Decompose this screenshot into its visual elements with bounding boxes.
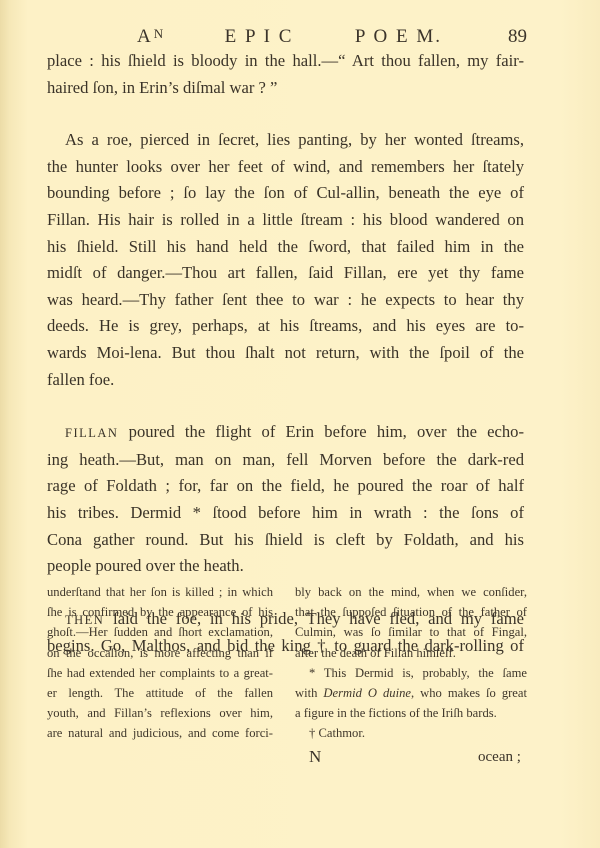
running-title-word-poem: P O E M. <box>355 26 442 48</box>
dagger-marker: † <box>309 726 315 740</box>
text-line: deeds. He is grey, perhaps, at his ſtrea… <box>47 313 524 340</box>
footnote-line: on the occaſion, is more affecting than … <box>47 643 273 663</box>
text-line: Cona gather round. But his ſhield is cle… <box>47 527 524 554</box>
footnote-line: er length. The attitude of the fallen <box>47 683 273 703</box>
text-line: haired ſon, in Erin’s diſmal war ? ” <box>47 75 524 102</box>
text-line: ing heath.—But, man on man, fell Morven … <box>47 447 524 474</box>
footnote-line: ſhe is confirmed by the appearance of hi… <box>47 602 273 622</box>
text-line: Fillan poured the flight of Erin before … <box>47 419 524 447</box>
text-line: place : his ſhield is bloody in the hall… <box>47 48 524 75</box>
signature-mark: N <box>309 747 321 767</box>
asterisk-marker: * <box>309 666 315 680</box>
main-text: place : his ſhield is bloody in the hall… <box>47 48 524 660</box>
text-line: midſt of danger.—Thou art fallen, ſaid F… <box>47 260 524 287</box>
text-line: wards Moi-lena. But thou ſhalt not retur… <box>47 340 524 367</box>
text-line: people poured over the heath. <box>47 553 524 580</box>
footnote-line: ghoſt.—Her ſudden and ſhort exclamation, <box>47 622 273 642</box>
text-line: Fillan. His hair is rolled in a little ſ… <box>47 207 524 234</box>
paragraph: As a roe, pierced in ſecret, lies pantin… <box>47 127 524 393</box>
footnote-line: a figure in the fictions of the Iriſh ba… <box>295 703 527 723</box>
footnote-line: Culmin, was ſo ſimilar to that of Fingal… <box>295 622 527 642</box>
paragraph: Fillan poured the flight of Erin before … <box>47 419 524 580</box>
text-line: rage of Foldath ; for, far on the field,… <box>47 473 524 500</box>
running-title: AN E P I C P O E M. <box>137 26 442 48</box>
footnotes: underſtand that her ſon is killed ; in w… <box>47 582 527 744</box>
footnote-line: bly back on the mind, when we conſider, <box>295 582 527 602</box>
text-line: his ſhield. Still his hand held the ſwor… <box>47 234 524 261</box>
text-line: bounding before ; ſo lay the ſon of Cul-… <box>47 180 524 207</box>
footnote-line: after the death of Fillan himſelf. <box>295 643 527 663</box>
footnote-line: youth, and Fillan’s reflexions over him, <box>47 703 273 723</box>
page-header: AN E P I C P O E M. 89 <box>0 26 600 50</box>
footnote-dermid: * This Dermid is, probably, the ſame <box>295 663 527 683</box>
footnote-cathmor: † Cathmor. <box>295 723 527 743</box>
footnote-line: ſhe had extended her complaints to a gre… <box>47 663 273 683</box>
page-number: 89 <box>508 26 527 48</box>
paragraph: place : his ſhield is bloody in the hall… <box>47 48 524 101</box>
footnote-line: underſtand that her ſon is killed ; in w… <box>47 582 273 602</box>
footnotes-left-column: underſtand that her ſon is killed ; in w… <box>47 582 273 744</box>
running-title-word-an: AN <box>137 26 163 48</box>
footnote-line: are natural and judicious, and come forc… <box>47 723 273 743</box>
text-line: the hunter looks over her feet of wind, … <box>47 154 524 181</box>
catchword: ocean ; <box>478 749 521 766</box>
text-line: was heard.—Thy father ſent thee to war :… <box>47 287 524 314</box>
lead-smallcaps: Fillan <box>65 426 118 440</box>
italic-name: Dermid O duine <box>323 686 411 700</box>
footnotes-right-column: bly back on the mind, when we conſider, … <box>295 582 527 744</box>
footnote-line: that the ſuppoſed ſituation of the fathe… <box>295 602 527 622</box>
running-title-word-epic: E P I C <box>225 26 294 48</box>
footnote-line: with Dermid O duine, who makes ſo great <box>295 683 527 703</box>
text-line: fallen foe. <box>47 367 524 394</box>
text-line: his tribes. Dermid * ſtood before him in… <box>47 500 524 527</box>
text-line: As a roe, pierced in ſecret, lies pantin… <box>47 127 524 154</box>
book-page: AN E P I C P O E M. 89 place : his ſhiel… <box>0 0 600 848</box>
